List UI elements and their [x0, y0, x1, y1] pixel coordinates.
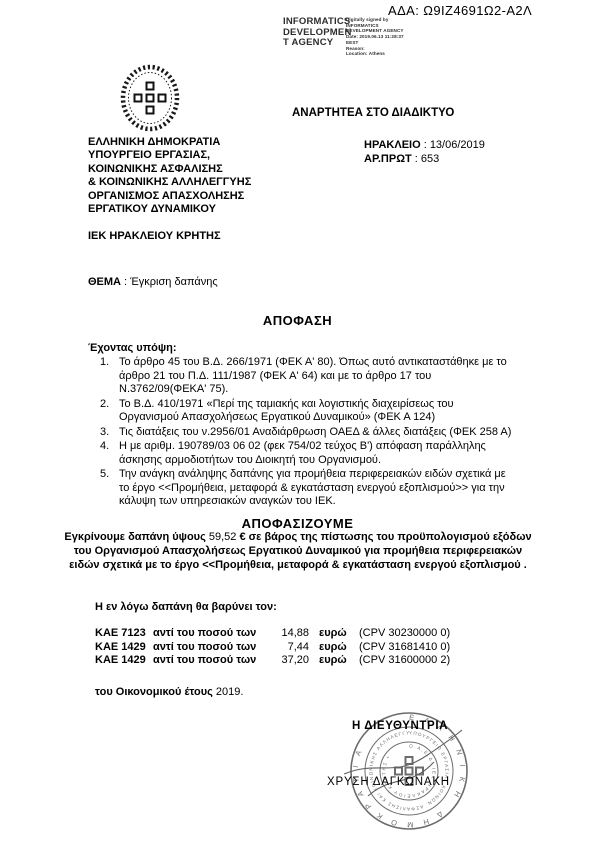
list-item: 4.Η με αριθμ. 190789/03 06 02 (φεκ 754/0…	[100, 440, 512, 467]
org-line: ΕΛΛΗΝΙΚΗ ΔΗΜΟΚΡΑΤΙΑ	[88, 136, 251, 149]
signature-agency-name: INFORMATICS DEVELOPMEN T AGENCY	[283, 17, 339, 57]
org-line: ΥΠΟΥΡΓΕΙΟ ΕΡΓΑΣΙΑΣ,	[88, 149, 251, 162]
kae-table: ΚΑΕ 7123 αντί του ποσού των 14,88 ευρώ (…	[95, 627, 450, 668]
cpv-code: (CPV 31681410 0)	[359, 641, 450, 655]
organization-block: ΕΛΛΗΝΙΚΗ ΔΗΜΟΚΡΑΤΙΑ ΥΠΟΥΡΓΕΙΟ ΕΡΓΑΣΙΑΣ, …	[88, 136, 251, 216]
posted-notice: ΑΝΑΡΤΗΤΕΑ ΣΤΟ ΔΙΑΔΙΚΤΥΟ	[292, 107, 454, 119]
consideration-list: 1.Το άρθρο 45 του Β.Δ. 266/1971 (ΦΕΚ Α' …	[100, 356, 512, 510]
signatory-title: Η ΔΙΕΥΘΥΝΤΡΙΑ	[352, 720, 448, 732]
charge-line: Η εν λόγω δαπάνη θα βαρύνει τον:	[95, 601, 277, 613]
kae-code: ΚΑΕ 1429	[95, 641, 153, 655]
digital-signature-block: INFORMATICS DEVELOPMEN T AGENCY Digitall…	[283, 17, 404, 57]
subject-label: ΘΕΜΑ	[88, 276, 121, 288]
fiscal-year: 2019.	[216, 686, 244, 698]
ada-code: ΑΔΑ: Ω9ΙΖ4691Ω2-Α2Λ	[388, 3, 532, 18]
greek-coat-of-arms-icon	[116, 60, 184, 143]
subject-text: Έγκριση δαπάνης	[130, 276, 217, 288]
preamble: Έχοντας υπόψη:	[88, 342, 177, 354]
signatory-name: ΧΡΥΣΗ ΔΑΓΚΩΝΑΚΗ	[327, 776, 450, 788]
kae-row: ΚΑΕ 7123 αντί του ποσού των 14,88 ευρώ (…	[95, 627, 450, 641]
subject-line: ΘΕΜΑ : Έγκριση δαπάνης	[88, 276, 218, 288]
protocol-number: 653	[421, 153, 439, 165]
list-item: 1.Το άρθρο 45 του Β.Δ. 266/1971 (ΦΕΚ Α' …	[100, 356, 512, 397]
signature-details: Digitally signed by INFORMATICS DEVELOPM…	[346, 17, 404, 57]
kae-code: ΚΑΕ 1429	[95, 654, 153, 668]
org-line: & ΚΟΙΝΩΝΙΚΗΣ ΑΛΛΗΛΕΓΓΥΗΣ	[88, 176, 251, 189]
decision-heading: ΑΠΟΦΑΣΗ	[0, 313, 595, 328]
org-line: ΟΡΓΑΝΙΣΜΟΣ ΑΠΑΣΧΟΛΗΣΗΣ	[88, 190, 251, 203]
city-date-line: ΗΡΑΚΛΕΙΟ : 13/06/2019	[364, 138, 485, 152]
fiscal-year-line: του Οικονομικού έτους 2019.	[95, 686, 243, 698]
list-item: 2.Το Β.Δ. 410/1971 «Περί της ταμιακής κα…	[100, 398, 512, 425]
org-line: ΚΟΙΝΩΝΙΚΗΣ ΑΣΦΑΛΙΣΗΣ	[88, 163, 251, 176]
document-date: 13/06/2019	[430, 139, 485, 151]
list-item: 3.Τις διατάξεις του ν.2956/01 Αναδιάρθρω…	[100, 426, 512, 440]
kae-amount: 7,44	[271, 641, 309, 655]
document-page: ΑΔΑ: Ω9ΙΖ4691Ω2-Α2Λ INFORMATICS DEVELOPM…	[0, 0, 595, 842]
resolution-paragraph: Εγκρίνουμε δαπάνη ύψους 59,52 € σε βάρος…	[58, 531, 538, 572]
approved-amount: 59,52	[209, 531, 240, 543]
kae-row: ΚΑΕ 1429 αντί του ποσού των 37,20 ευρώ (…	[95, 654, 450, 668]
kae-row: ΚΑΕ 1429 αντί του ποσού των 7,44 ευρώ (C…	[95, 641, 450, 655]
kae-amount: 14,88	[271, 627, 309, 641]
kae-amount: 37,20	[271, 654, 309, 668]
issuing-unit: ΙΕΚ ΗΡΑΚΛΕΙΟΥ ΚΡΗΤΗΣ	[88, 230, 221, 242]
kae-code: ΚΑΕ 7123	[95, 627, 153, 641]
protocol-line: ΑΡ.ΠΡΩΤ : 653	[364, 152, 485, 166]
cpv-code: (CPV 31600000 2)	[359, 654, 450, 668]
resolve-heading: ΑΠΟΦΑΣΙΖΟΥΜΕ	[0, 516, 595, 531]
cpv-code: (CPV 30230000 0)	[359, 627, 450, 641]
org-line: ΕΡΓΑΤΙΚΟΥ ΔΥΝΑΜΙΚΟΥ	[88, 203, 251, 216]
list-item: 5.Την ανάγκη ανάληψης δαπάνης για προμήθ…	[100, 468, 512, 509]
meta-block: ΗΡΑΚΛΕΙΟ : 13/06/2019 ΑΡ.ΠΡΩΤ : 653	[364, 138, 485, 166]
